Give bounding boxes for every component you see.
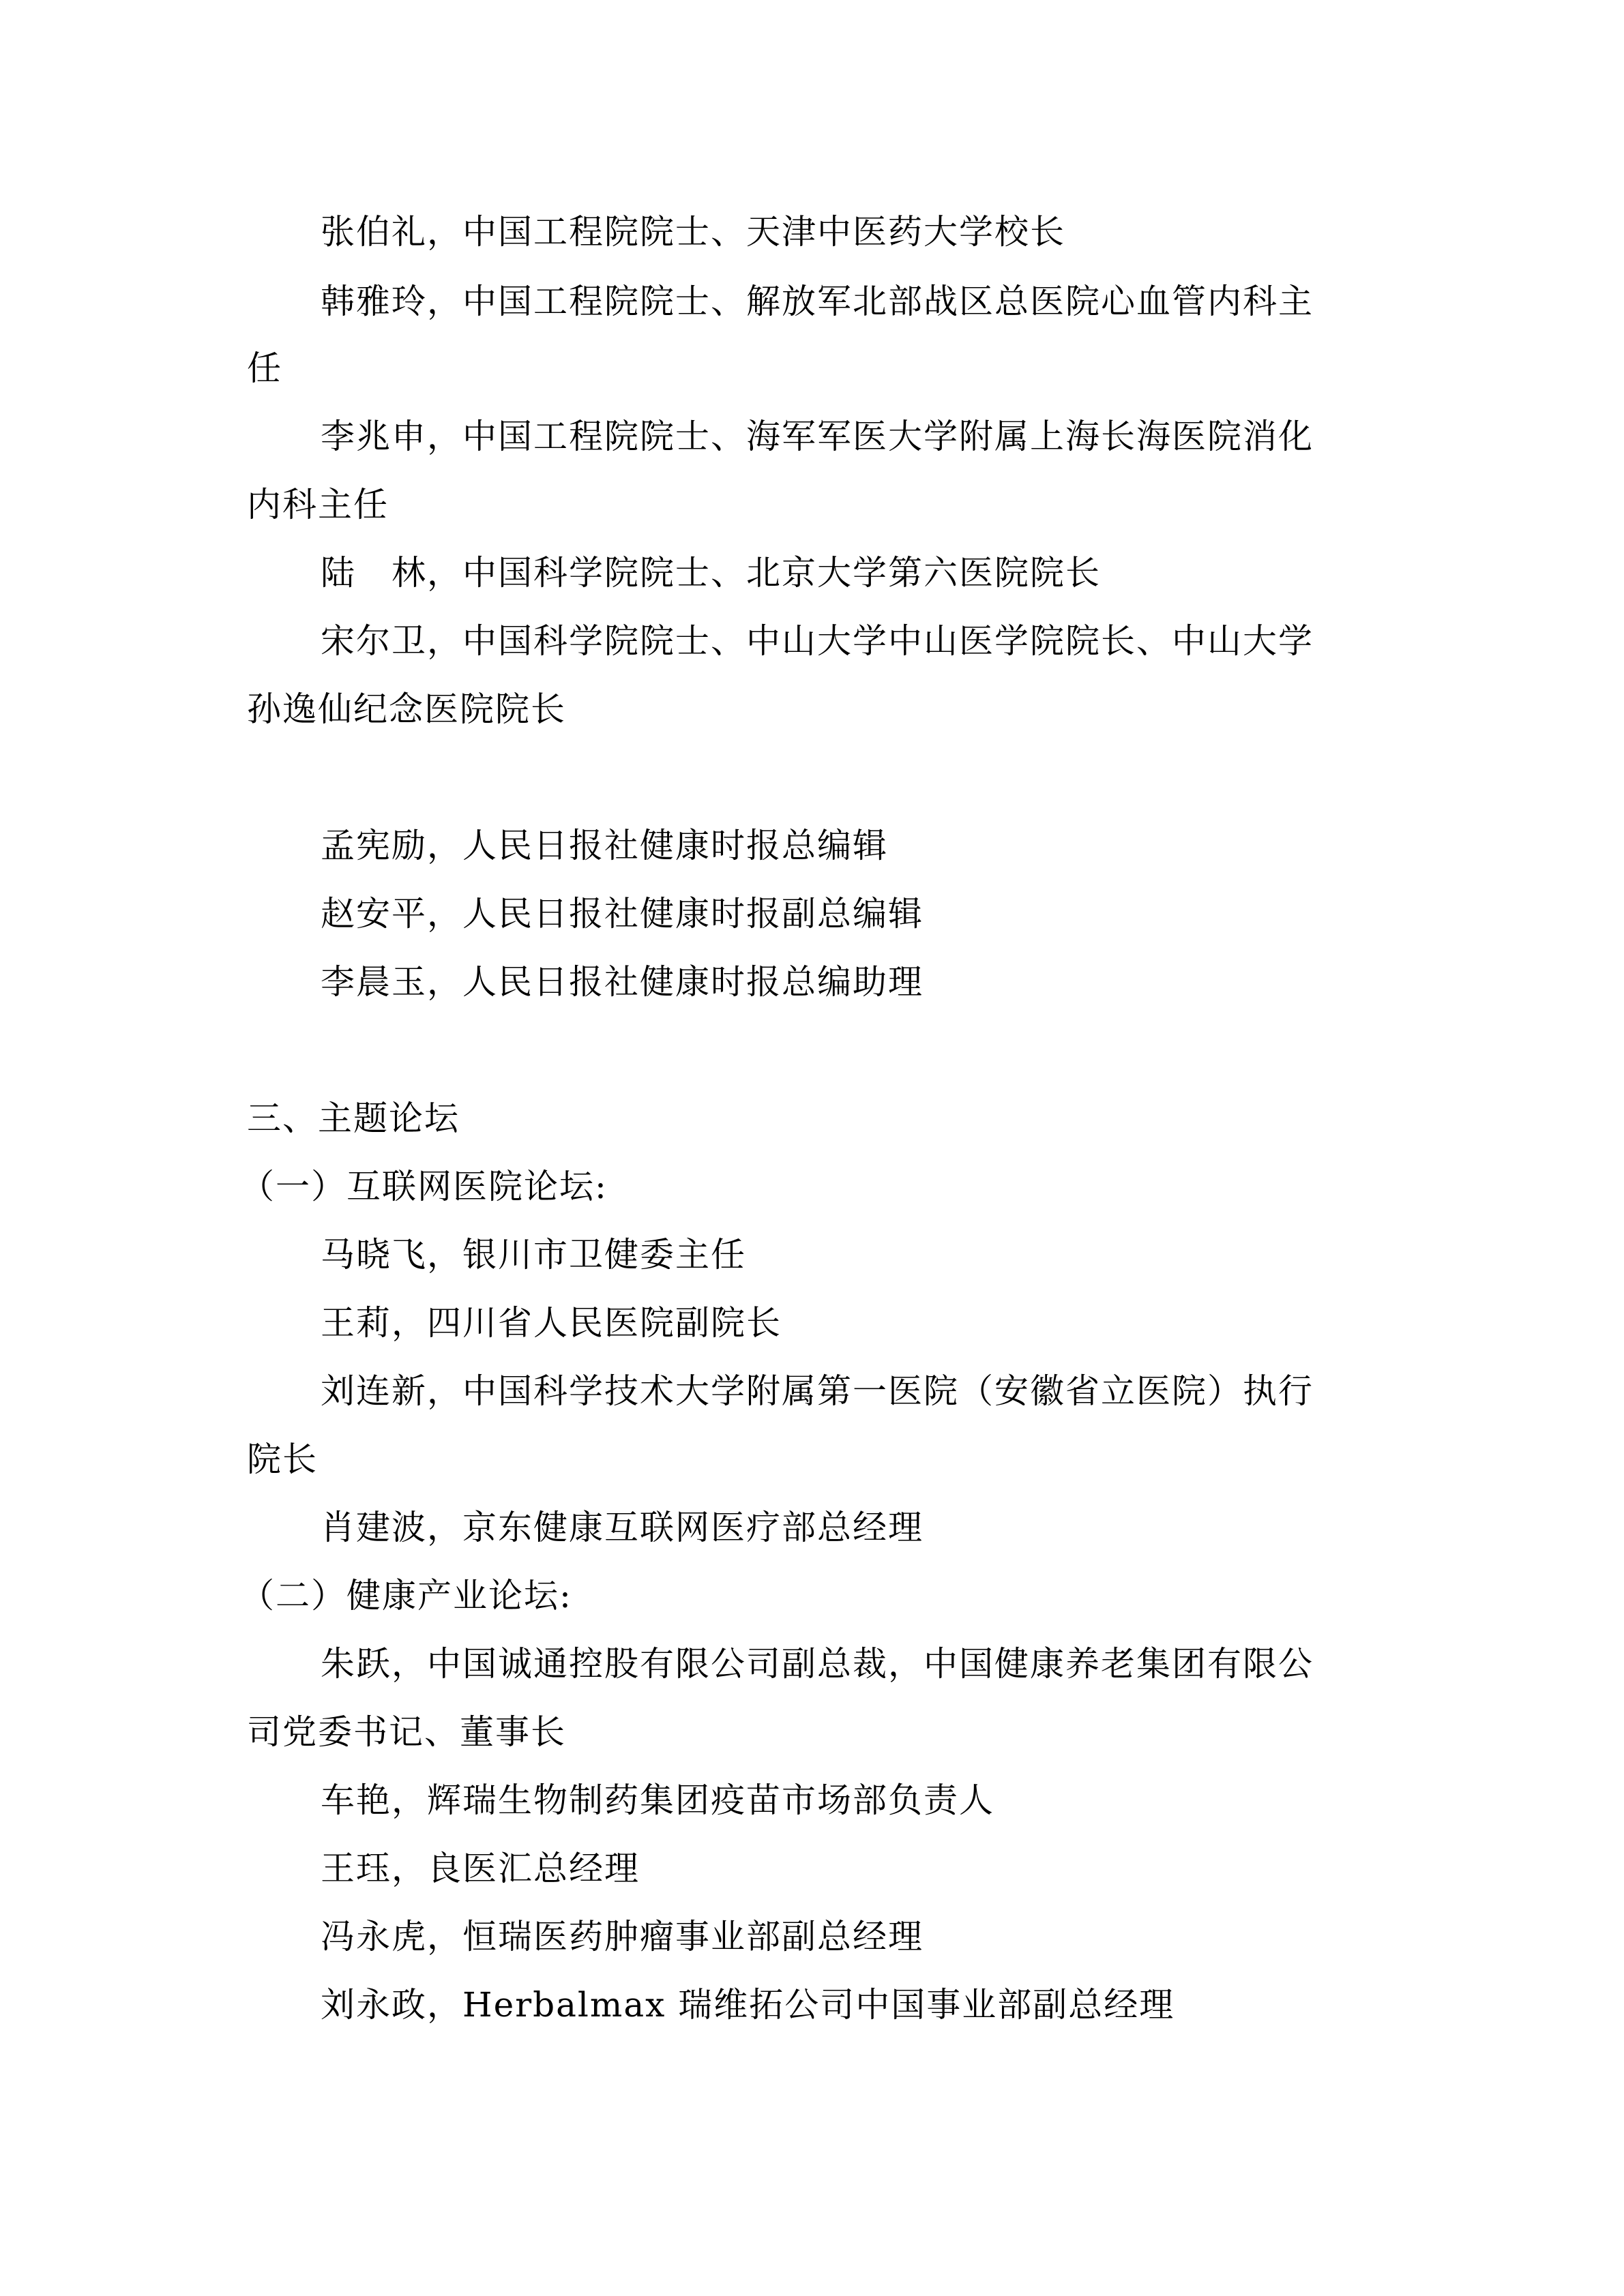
speaker-line: 车艳，辉瑞生物制药集团疫苗市场部负责人 (321, 1780, 994, 1821)
speaker-line: 赵安平，人民日报社健康时报副总编辑 (321, 893, 924, 934)
speaker-line: 李兆申，中国工程院院士、海军军医大学附属上海长海医院消化 (321, 416, 1314, 457)
speaker-line: 张伯礼，中国工程院院士、天津中医药大学校长 (321, 211, 1065, 252)
speaker-line: 李晨玉，人民日报社健康时报总编助理 (321, 961, 924, 1002)
document-page: 张伯礼，中国工程院院士、天津中医药大学校长 韩雅玲，中国工程院院士、解放军北部战… (0, 0, 1624, 2296)
speaker-line: 韩雅玲，中国工程院院士、解放军北部战区总医院心血管内科主 (321, 281, 1314, 322)
speaker-line: 刘永政，Herbalmax 瑞维拓公司中国事业部副总经理 (321, 1984, 1175, 2025)
speaker-line: 冯永虎，恒瑞医药肿瘤事业部副总经理 (321, 1916, 924, 1957)
speaker-line-continuation: 院长 (247, 1439, 318, 1480)
speaker-line: 宋尔卫，中国科学院院士、中山大学中山医学院院长、中山大学 (321, 621, 1314, 661)
section-heading: 三、主题论坛 (247, 1098, 460, 1139)
forum-title: （二）健康产业论坛: (240, 1575, 572, 1616)
speaker-line-continuation: 孙逸仙纪念医院院长 (247, 689, 566, 730)
speaker-line: 王莉，四川省人民医院副院长 (321, 1302, 782, 1343)
speaker-line: 肖建波，京东健康互联网医疗部总经理 (321, 1507, 924, 1548)
speaker-line-continuation: 任 (247, 348, 282, 389)
forum-title: （一）互联网医院论坛: (240, 1166, 608, 1207)
speaker-line-continuation: 司党委书记、董事长 (247, 1712, 566, 1753)
speaker-line: 马晓飞，银川市卫健委主任 (321, 1234, 746, 1275)
speaker-line: 朱跃，中国诚通控股有限公司副总裁，中国健康养老集团有限公 (321, 1643, 1314, 1684)
speaker-line: 陆 林，中国科学院院士、北京大学第六医院院长 (321, 552, 1101, 593)
speaker-line: 孟宪励，人民日报社健康时报总编辑 (321, 825, 888, 866)
speaker-line: 王珏，良医汇总经理 (321, 1848, 640, 1889)
speaker-line: 刘连新，中国科学技术大学附属第一医院（安徽省立医院）执行 (321, 1371, 1314, 1412)
speaker-line-continuation: 内科主任 (247, 484, 389, 525)
